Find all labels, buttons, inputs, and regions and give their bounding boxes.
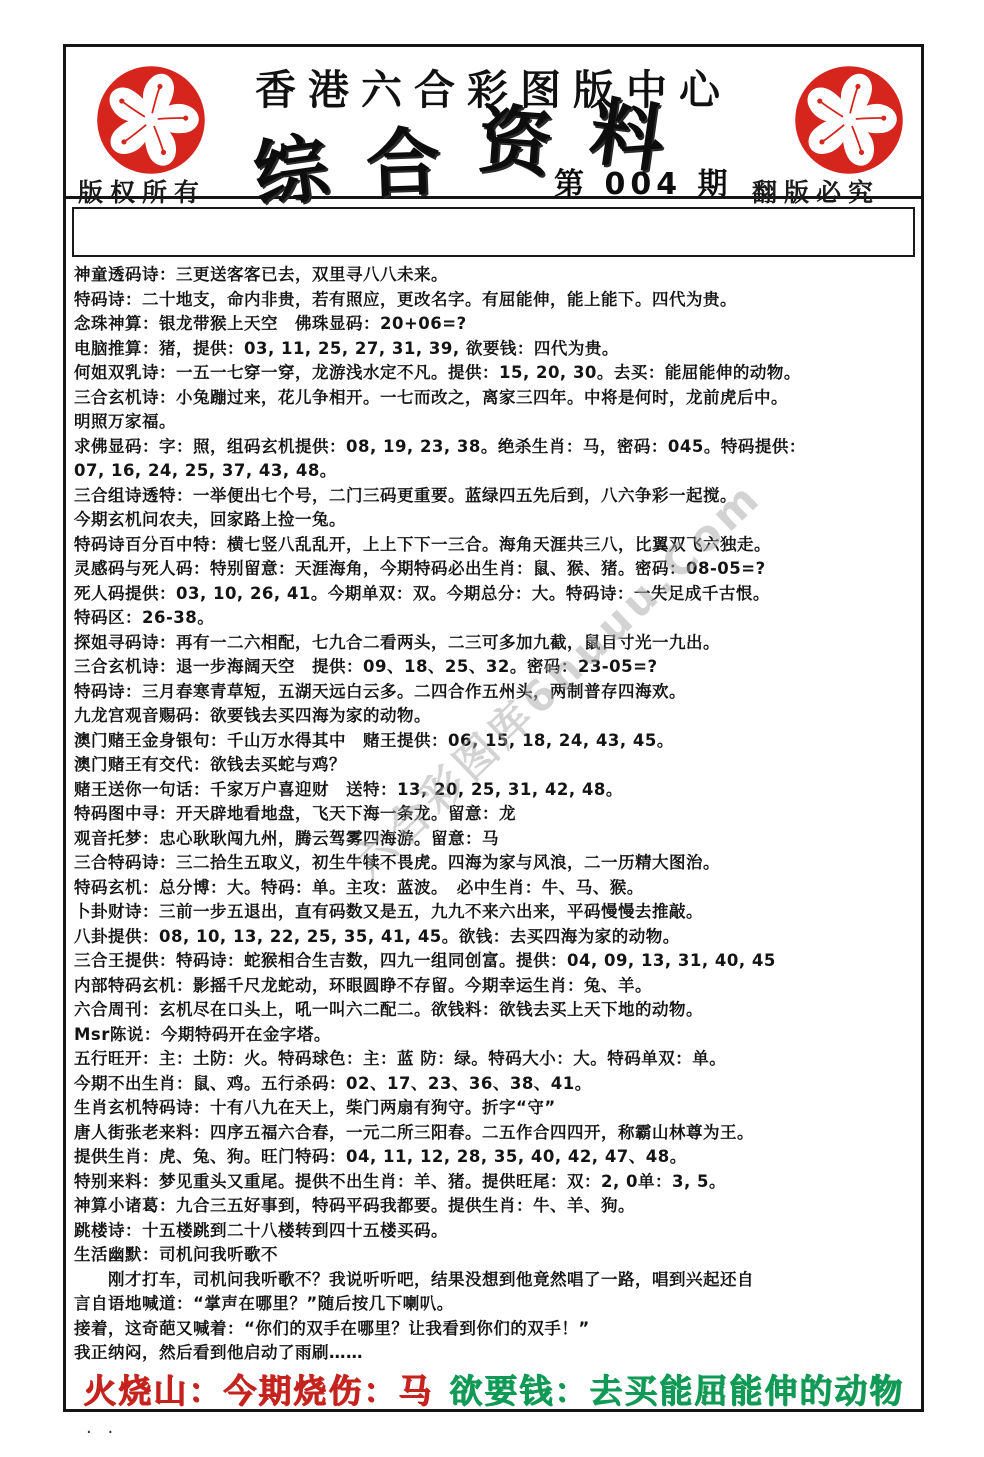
body-line: 我正纳闷，然后看到他启动了雨刷……	[74, 1341, 913, 1366]
body-line: 观音托梦：忠心耿耿闯九州，腾云驾雾四海游。留意：马	[74, 827, 913, 852]
body-line: 生活幽默：司机问我听歌不	[74, 1243, 913, 1268]
page-marks: · ·	[86, 1422, 118, 1443]
body-line: 何姐双乳诗：一五一七穿一穿，龙游浅水定不凡。提供：15, 20, 30。去买：能…	[74, 361, 913, 386]
main-title-char: 综	[249, 130, 333, 214]
body-line: 赌王送你一句话：千家万户喜迎财 送特：13, 20, 25, 31, 42, 4…	[74, 778, 913, 803]
body-line: 跳楼诗：十五楼跳到二十八楼转到四十五楼买码。	[74, 1219, 913, 1244]
body-line: 探姐寻码诗：再有一二六相配，七九合二看两头，二三可多加九截，鼠目寸光一九出。	[74, 631, 913, 656]
body-line: 特码区：26-38。	[74, 606, 913, 631]
body-line: 特码诗：三月春寒青草短，五湖天远白云多。二四合作五州头，两制普存四海欢。	[74, 680, 913, 705]
body-line: 特码玄机：总分博：大。特码：单。主攻：蓝波。 必中生肖：牛、马、猴。	[74, 876, 913, 901]
copyright-right-label: 翻版必究	[752, 173, 880, 209]
body-line: 07, 16, 24, 25, 37, 43, 48。	[74, 459, 913, 484]
body-line: 六合周刊：玄机尽在口头上，吼一叫六二配二。欲钱料：欲钱去买上天下地的动物。	[74, 998, 913, 1023]
scanned-lottery-sheet: 版权所有 翻版必究 香港六合彩图版中心 综合资料 第 004 期 神童透码诗：三…	[0, 0, 984, 1457]
body-line: 刚才打车，司机问我听歌不？我说听听吧，结果没想到他竟然唱了一路，唱到兴起还自	[74, 1268, 913, 1293]
body-line: 澳门赌王有交代：欲钱去买蛇与鸡？	[74, 753, 913, 778]
body-line: 电脑推算：猪，提供：03, 11, 25, 27, 31, 39, 欲要钱：四代…	[74, 337, 913, 362]
body-line: 神童透码诗：三更送客客已去，双里寻八八未来。	[74, 263, 913, 288]
copyright-left-label: 版权所有	[78, 173, 206, 209]
header: 版权所有 翻版必究 香港六合彩图版中心 综合资料 第 004 期	[66, 47, 921, 199]
issue-label: 第 004 期	[554, 159, 733, 203]
main-title-char: 合	[365, 126, 442, 203]
body-line: 九龙宫观音赐码：欲要钱去买四海为家的动物。	[74, 704, 913, 729]
body-line: 三合特码诗：三二拾生五取义，初生牛犊不畏虎。四海为家与风浪，二一历精大图治。	[74, 851, 913, 876]
body-line: 唐人街张老来料：四序五福六合春，一元二所三阳春。二五作合四四开，称霸山林尊为王。	[74, 1121, 913, 1146]
body-line: 三合玄机诗：小兔蹦过来，花儿争相开。一七而改之，离家三四年。中将是何时，龙前虎后…	[74, 386, 913, 411]
body-line: 特码诗：二十地支，命内非贵，若有照应，更改名字。有屈能伸，能上能下。四代为贵。	[74, 288, 913, 313]
body-line: 五行旺开：主：土防：火。特码球色：主：蓝 防：绿。特码大小：大。特码单双：单。	[74, 1047, 913, 1072]
body-text: 神童透码诗：三更送客客已去，双里寻八八未来。特码诗：二十地支，命内非贵，若有照应…	[66, 263, 921, 1366]
body-line: 澳门赌王金身银句：千山万水得其中 赌王提供：06, 15, 18, 24, 43…	[74, 729, 913, 754]
body-line: 今期不出生肖：鼠、鸡。五行杀码：02、17、23、36、38、41。	[74, 1072, 913, 1097]
bottom-banner: 火烧山：今期烧伤：马 欲要钱：去买能屈能伸的动物	[66, 1367, 921, 1409]
body-line: 死人码提供：03, 10, 26, 41。今期单双：双。今期总分：大。特码诗：一…	[74, 582, 913, 607]
body-line: 特码图中寻：开天辟地看地盘，飞天下海一条龙。留意：龙	[74, 802, 913, 827]
body-line: 明照万家福。	[74, 410, 913, 435]
body-line: 念珠神算：银龙带猴上天空 佛珠显码：20+06=?	[74, 312, 913, 337]
body-line: 求佛显码：字：照，组码玄机提供：08, 19, 23, 38。绝杀生肖：马，密码…	[74, 435, 913, 460]
main-title-char: 资	[476, 103, 555, 182]
body-line: 生肖玄机特码诗：十有八九在天上，柴门两扇有狗守。折字“守”	[74, 1096, 913, 1121]
body-line: 三合组诗透特：一举便出七个号，二门三码更重要。蓝绿四五先后到，八六争彩一起搅。	[74, 484, 913, 509]
body-line: 提供生肖：虎、兔、狗。旺门特码：04, 11, 12, 28, 35, 40, …	[74, 1145, 913, 1170]
body-line: 卜卦财诗：三前一步五退出，直有码数又是五，九九不来六出来，平码慢慢去推敲。	[74, 900, 913, 925]
body-line: 接着，这奇葩又喊着：“你们的双手在哪里？让我看到你们的双手！”	[74, 1317, 913, 1342]
body-line: Msr陈说：今期特码开在金字塔。	[74, 1023, 913, 1048]
banner-green-text: 欲要钱：去买能屈能伸的动物	[449, 1365, 904, 1412]
page-sheet: 版权所有 翻版必究 香港六合彩图版中心 综合资料 第 004 期 神童透码诗：三…	[63, 44, 924, 1412]
body-line: 神算小诸葛：九合三五好事到，特码平码我都要。提供生肖：牛、羊、狗。	[74, 1194, 913, 1219]
body-line: 三合玄机诗：退一步海阔天空 提供：09、18、25、32。密码：23-05=?	[74, 655, 913, 680]
body-line: 言自语地喊道：“掌声在哪里？”随后按几下喇叭。	[74, 1292, 913, 1317]
body-line: 八卦提供：08, 10, 13, 22, 25, 35, 41, 45。欲钱：去…	[74, 925, 913, 950]
notice-box	[72, 207, 915, 257]
body-line: 特码诗百分百中特：横七竖八乱乱开，上上下下一三合。海角天涯共三八，比翼双飞六独走…	[74, 533, 913, 558]
banner-red-text: 火烧山：今期烧伤：马	[83, 1365, 433, 1412]
body-line: 灵感码与死人码：特别留意：天涯海角，今期特码必出生肖：鼠、猴、猪。密码：08-0…	[74, 557, 913, 582]
body-line: 特别来料：梦见重头又重尾。提供不出生肖：羊、猪。提供旺尾：双：2, 0单：3, …	[74, 1170, 913, 1195]
body-line: 三合王提供：特码诗：蛇猴相合生吉数，四九一组同创富。提供：04, 09, 13,…	[74, 949, 913, 974]
body-line: 内部特码玄机：影摇千尺龙蛇动，环眼圆睁不存留。今期幸运生肖：兔、羊。	[74, 974, 913, 999]
body-line: 今期玄机问农夫，回家路上捡一兔。	[74, 508, 913, 533]
